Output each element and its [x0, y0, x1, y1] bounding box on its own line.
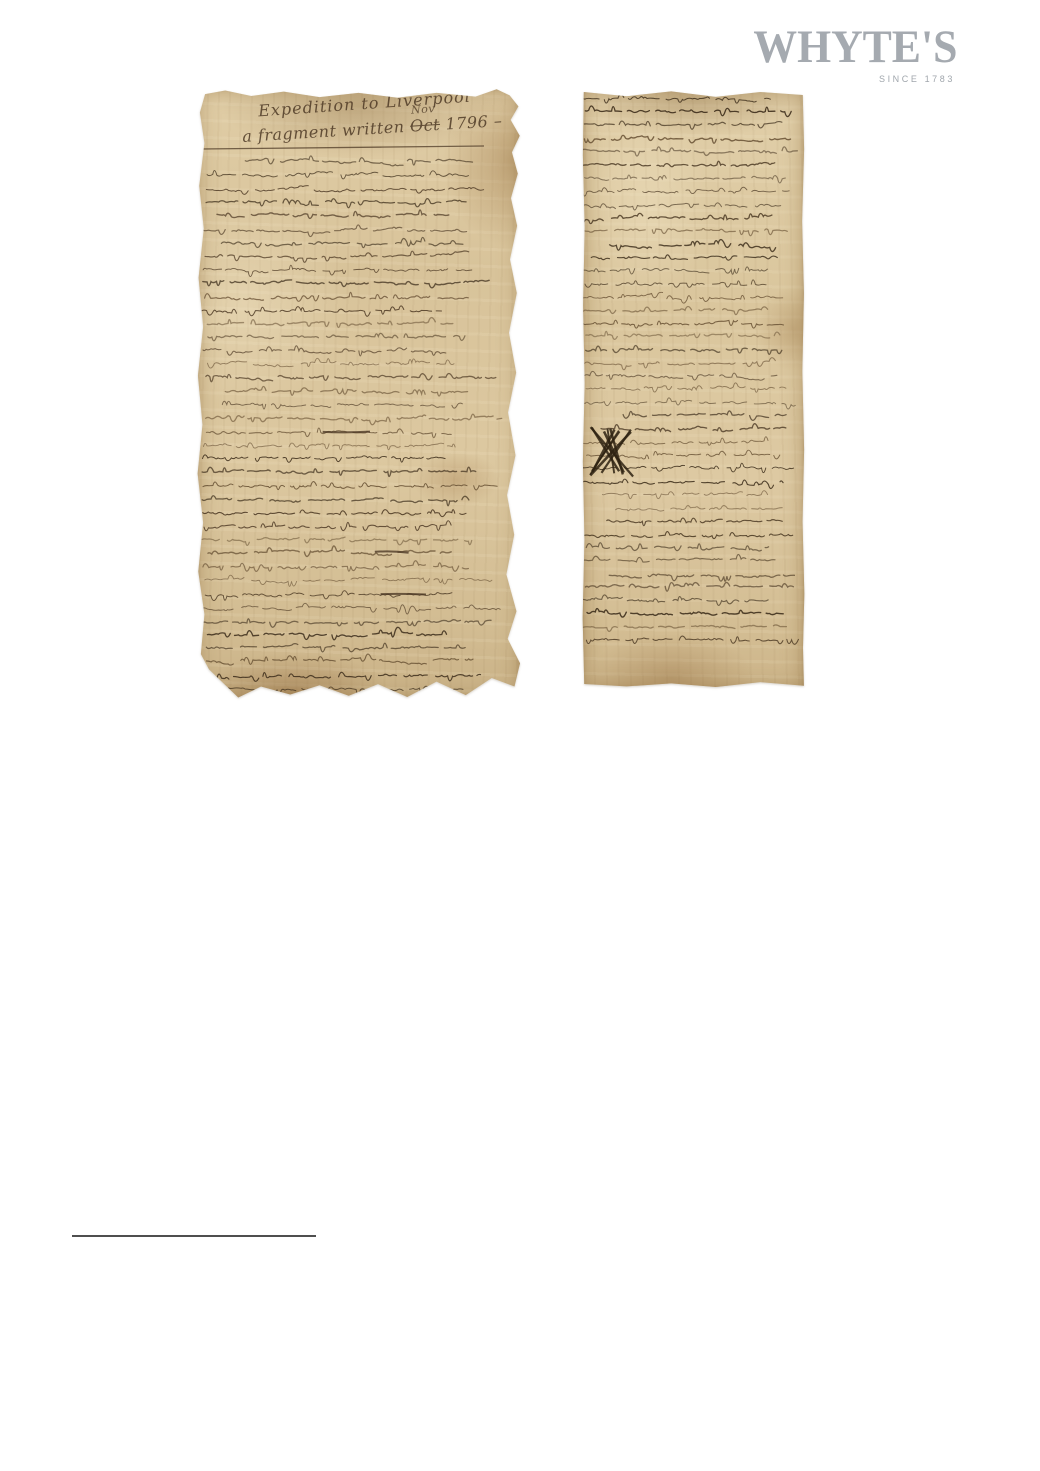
footnote-rule [72, 1235, 316, 1237]
manuscript-title-struck-month: OctNov [409, 115, 440, 136]
manuscript-right-image [582, 89, 805, 690]
whytes-logo: WHYTE'S SINCE 1783 [738, 24, 957, 84]
manuscript-title-inserted-month: Nov [411, 102, 436, 116]
manuscript-right-handwriting [582, 89, 805, 690]
manuscript-title-year: 1796 – [439, 111, 502, 134]
manuscript-left-image: Expedition to Liverpool a fragment writt… [196, 88, 521, 700]
manuscript-left-handwriting [196, 88, 521, 700]
manuscript-right-paper [582, 89, 805, 690]
whytes-logo-tagline: SINCE 1783 [738, 74, 955, 84]
catalogue-page: WHYTE'S SINCE 1783 Expedition to Liverpo… [0, 0, 1040, 1471]
whytes-logo-text: WHYTE'S [753, 24, 957, 71]
manuscript-left-paper: Expedition to Liverpool a fragment writt… [196, 88, 521, 700]
